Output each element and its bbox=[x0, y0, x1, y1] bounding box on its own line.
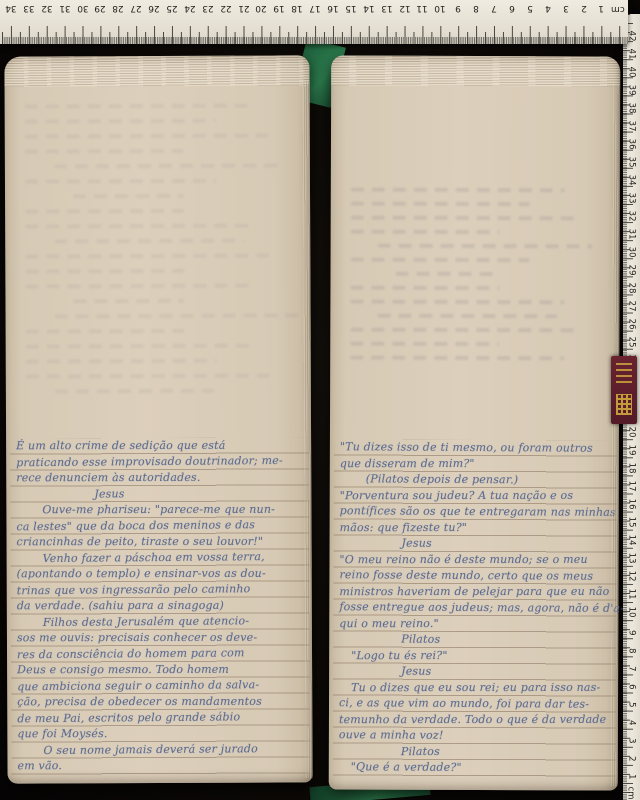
ruler-number: 33 bbox=[623, 189, 640, 206]
handwritten-line: Tu o dizes que eu sou rei; eu para isso … bbox=[339, 680, 614, 696]
ruler-number: 29 bbox=[623, 261, 640, 278]
ruler-number: 26 bbox=[623, 315, 640, 332]
bleed-through-line bbox=[25, 179, 216, 184]
ruler-number: 11 bbox=[413, 3, 431, 13]
handwritten-line: Venho fazer a páschoa em vossa terra, bbox=[17, 549, 308, 568]
ruler-number: 31 bbox=[623, 225, 640, 242]
ruler-number: 7 bbox=[485, 3, 503, 13]
handwritten-line: É um alto crime de sedição que está bbox=[16, 438, 307, 455]
bleed-through-line bbox=[351, 258, 530, 263]
handwritten-line: ouve a minha voz! bbox=[339, 727, 614, 745]
handwritten-line: temunho da verdade. Todo o que é da verd… bbox=[339, 712, 614, 728]
ruler-number: 7 bbox=[623, 657, 640, 674]
handwritten-line: "Logo tu és rei?" bbox=[339, 648, 614, 664]
ruler-unit-label: cm bbox=[626, 787, 636, 800]
bleed-through-line bbox=[351, 202, 530, 207]
ruler-number: 25 bbox=[163, 3, 181, 13]
bleed-through-line bbox=[25, 134, 269, 139]
ruler-number: 26 bbox=[145, 3, 163, 13]
bleed-through-line bbox=[378, 314, 557, 319]
ruler-number: 6 bbox=[503, 3, 521, 13]
ruler-number: 29 bbox=[91, 3, 109, 13]
ruler-number: 18 bbox=[623, 459, 640, 476]
handwritten-line: Deus e consigo mesmo. Todo homem bbox=[17, 662, 308, 679]
ruler-number: 19 bbox=[623, 441, 640, 458]
handwritten-line: pontífices são os que te entregaram nas … bbox=[340, 503, 615, 521]
ruler-number: 34 bbox=[2, 3, 20, 13]
ruler-unit-label: cm bbox=[611, 4, 625, 14]
bleed-through-line bbox=[25, 224, 253, 229]
ruler-number: 12 bbox=[623, 567, 640, 584]
handwritten-line: "O meu reino não é deste mundo; se o meu bbox=[340, 552, 615, 568]
bleed-through-line bbox=[25, 119, 216, 124]
bleed-through-line bbox=[25, 104, 253, 109]
ruler-number: 15 bbox=[342, 3, 360, 13]
bleed-through-line bbox=[351, 188, 565, 193]
ruler-number: 10 bbox=[623, 603, 640, 620]
ruler-number: 30 bbox=[623, 243, 640, 260]
ruler-number: 12 bbox=[396, 3, 414, 13]
ruler-number: 27 bbox=[127, 3, 145, 13]
ruler-number: 23 bbox=[199, 3, 217, 13]
ruler-number: 2 bbox=[623, 747, 640, 764]
right-page-writing-area: "Tu dizes isso de ti mesmo, ou foram out… bbox=[333, 440, 617, 787]
handwritten-line: ção, precisa de obedecer os mandamentos bbox=[17, 694, 308, 711]
handwritten-line: Filhos desta Jerusalém que atencio- bbox=[17, 613, 308, 632]
ruler-number: 27 bbox=[623, 297, 640, 314]
bleed-through-line bbox=[26, 359, 217, 364]
bleed-through-line bbox=[378, 244, 592, 249]
bleed-through-ghost-block bbox=[25, 103, 291, 393]
notebook-scan-photo: É um alto crime de sedição que está prat… bbox=[0, 0, 640, 800]
ruler-number: 28 bbox=[623, 279, 640, 296]
handwritten-line: sos me ouvis: precisais conhecer os deve… bbox=[17, 630, 308, 647]
bleed-through-line bbox=[25, 254, 269, 259]
ruler-number: 2 bbox=[575, 3, 593, 13]
handwritten-line: criancinhas de peito, tiraste o seu louv… bbox=[17, 534, 308, 551]
handwritten-line: Jesus bbox=[16, 485, 307, 504]
bleed-through-line bbox=[350, 342, 499, 347]
ruler-number: 3 bbox=[557, 3, 575, 13]
ruler-number: 13 bbox=[623, 549, 640, 566]
ruler-number: 1 bbox=[623, 765, 640, 782]
handwritten-line: qui o meu reino." bbox=[339, 616, 614, 632]
ruler-number: 17 bbox=[623, 477, 640, 494]
handwritten-line: "Porventura sou judeu? A tua nação e os bbox=[340, 488, 615, 504]
bleed-through-line bbox=[350, 328, 579, 333]
bleed-through-line bbox=[54, 163, 282, 168]
handwritten-line: reino fosse deste mundo, certo que os me… bbox=[339, 567, 614, 585]
ruler-number: 28 bbox=[109, 3, 127, 13]
ruler-number: 39 bbox=[623, 81, 640, 98]
right-notebook-page: "Tu dizes isso de ti mesmo, ou foram out… bbox=[329, 55, 621, 790]
ruler-number: 8 bbox=[467, 3, 485, 13]
handwritten-line: Pilatos bbox=[339, 744, 614, 760]
handwritten-line: mãos: que fizeste tu?" bbox=[340, 520, 615, 536]
handwritten-line: que foi Moysés. bbox=[17, 726, 308, 743]
handwritten-line: Jesus bbox=[340, 535, 615, 553]
ruler-number: 20 bbox=[252, 3, 270, 13]
ruler-number: 35 bbox=[623, 153, 640, 170]
ruler-number-row: 34 33 32 31 30 29 28 27 26 25 24 23 bbox=[2, 3, 610, 13]
bleed-through-line bbox=[73, 299, 184, 303]
handwritten-line: ca lestes" que da boca dos meninos e das bbox=[16, 517, 307, 536]
handwritten-line: trinas que vos ingressarão pelo caminho bbox=[17, 581, 308, 600]
ruler-number: 36 bbox=[623, 135, 640, 152]
handwritten-line: (Pilatos depois de pensar.) bbox=[340, 471, 615, 489]
ruler-number: 1 bbox=[592, 3, 610, 13]
bleed-through-line bbox=[73, 194, 184, 198]
bleed-through-line bbox=[55, 389, 214, 394]
ruler-number: 32 bbox=[623, 207, 640, 224]
archival-stamp bbox=[611, 356, 637, 424]
bleed-through-line bbox=[54, 239, 245, 244]
ruler-number: 38 bbox=[623, 99, 640, 116]
ruler-number: 11 bbox=[623, 585, 640, 602]
ruler-number: 6 bbox=[623, 675, 640, 692]
ruler-number: 4 bbox=[539, 3, 557, 13]
handwritten-line: ministros haveriam de pelejar para que e… bbox=[339, 584, 614, 600]
bleed-through-line bbox=[351, 230, 500, 235]
bleed-through-line bbox=[351, 216, 580, 221]
bleed-through-ghost-block bbox=[350, 188, 600, 361]
handwritten-line: (apontando o templo) e ensinar-vos as do… bbox=[17, 566, 308, 583]
ruler-number: 30 bbox=[74, 3, 92, 13]
ruler-number: 9 bbox=[623, 621, 640, 638]
ruler-number: 16 bbox=[324, 3, 342, 13]
left-page-writing-area: É um alto crime de sedição que está prat… bbox=[10, 437, 311, 784]
bleed-through-line bbox=[26, 374, 270, 379]
handwritten-line: Ouve-me phariseu: "parece-me que nun- bbox=[16, 502, 307, 519]
stamp-text-marks bbox=[616, 363, 632, 383]
ruler-number: 32 bbox=[38, 3, 56, 13]
handwritten-line: que ambiciona seguir o caminho da salva- bbox=[17, 677, 308, 696]
handwritten-line: praticando esse improvisado doutrinador;… bbox=[16, 453, 307, 472]
ruler-number: 17 bbox=[306, 3, 324, 13]
handwritten-line: Pilatos bbox=[339, 631, 614, 649]
handwritten-line: ci, e as que vim ao mundo, foi para dar … bbox=[339, 695, 614, 713]
ruler-number: 33 bbox=[20, 3, 38, 13]
ruler-number: 34 bbox=[623, 171, 640, 188]
ruler-number: 21 bbox=[235, 3, 253, 13]
ruler-number: 25 bbox=[623, 333, 640, 350]
bleed-through-line bbox=[395, 272, 500, 276]
bleed-through-line bbox=[26, 344, 254, 349]
ruler-number: 13 bbox=[378, 3, 396, 13]
ruler-number: 40 bbox=[623, 63, 640, 80]
handwritten-line: rece denunciem às autoridades. bbox=[16, 470, 307, 487]
bleed-through-line bbox=[25, 209, 184, 214]
handwritten-line: de meu Pai, escritos pelo grande sábio bbox=[17, 709, 308, 728]
ruler-number: 16 bbox=[623, 495, 640, 512]
handwritten-line: res da consciência do homem para com bbox=[17, 645, 308, 664]
ruler-number: 41 bbox=[623, 45, 640, 62]
bleed-through-line bbox=[350, 356, 564, 361]
ruler-number: 3 bbox=[623, 729, 640, 746]
ruler-number: 5 bbox=[521, 3, 539, 13]
bleed-through-line bbox=[25, 149, 184, 154]
ruler-number: 8 bbox=[623, 639, 640, 656]
left-notebook-page: É um alto crime de sedição que está prat… bbox=[4, 55, 312, 783]
handwritten-line: fosse entregue aos judeus; mas, agora, n… bbox=[339, 599, 614, 617]
bleed-through-line bbox=[350, 286, 499, 291]
ruler-number: 14 bbox=[623, 531, 640, 548]
handwritten-line: "Que é a verdade?" bbox=[339, 759, 614, 777]
ruler-tick-marks bbox=[2, 26, 628, 44]
ruler-number: 37 bbox=[623, 117, 640, 134]
ruler-number: 10 bbox=[431, 3, 449, 13]
handwritten-line: O seu nome jamais deverá ser jurado bbox=[17, 741, 308, 760]
bleed-through-line bbox=[25, 269, 184, 274]
ruler-number: 4 bbox=[623, 711, 640, 728]
ruler-number: 18 bbox=[288, 3, 306, 13]
handwritten-line: em vão. bbox=[17, 758, 308, 775]
handwritten-line: da verdade. (sahiu para a sinagoga) bbox=[17, 598, 308, 615]
ruler-number: 5 bbox=[623, 693, 640, 710]
handwritten-line: "Tu dizes isso de ti mesmo, ou foram out… bbox=[340, 439, 615, 457]
handwritten-line: que disseram de mim?" bbox=[340, 456, 615, 472]
ruler-number: 24 bbox=[181, 3, 199, 13]
ruler-number: 31 bbox=[56, 3, 74, 13]
ruler-number: 22 bbox=[217, 3, 235, 13]
stamp-grid-emblem bbox=[616, 394, 632, 415]
bleed-through-line bbox=[55, 313, 299, 318]
bleed-through-line bbox=[26, 329, 185, 334]
horizontal-cm-ruler: 34 33 32 31 30 29 28 27 26 25 24 23 bbox=[0, 0, 628, 44]
ruler-number: 15 bbox=[623, 513, 640, 530]
ruler-number: 19 bbox=[270, 3, 288, 13]
bleed-through-line bbox=[25, 284, 253, 289]
ruler-number: 9 bbox=[449, 3, 467, 13]
ruler-number: 20 bbox=[623, 423, 640, 440]
handwritten-line: Jesus bbox=[339, 663, 614, 681]
ruler-number: 14 bbox=[360, 3, 378, 13]
bleed-through-line bbox=[350, 300, 564, 305]
